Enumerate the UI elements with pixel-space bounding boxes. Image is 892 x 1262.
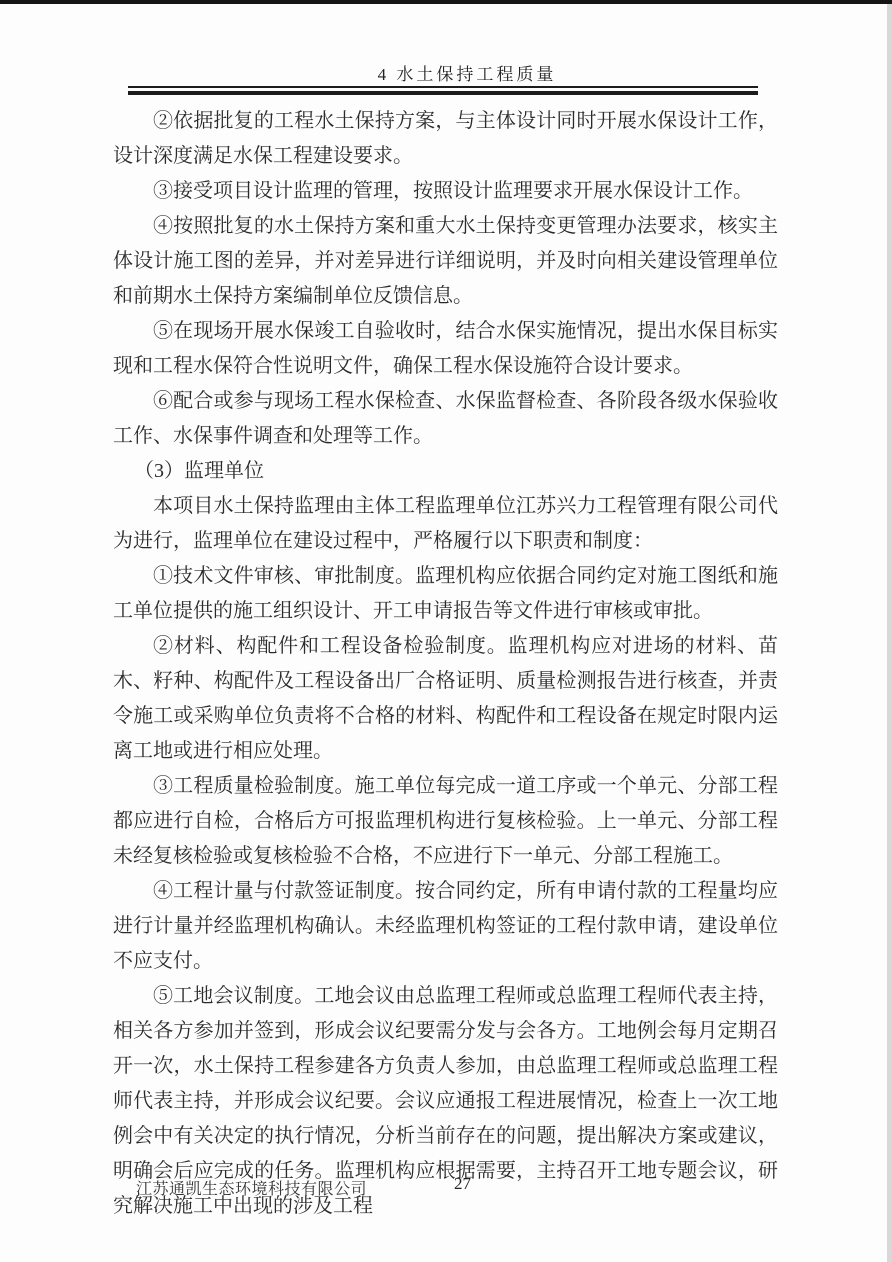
paragraph: 本项目水土保持监理由主体工程监理单位江苏兴力工程管理有限公司代为进行，监理单位在…: [113, 489, 778, 559]
paragraph: ③接受项目设计监理的管理，按照设计监理要求开展水保设计工作。: [113, 174, 778, 209]
page-right-edge: [887, 4, 892, 1262]
paragraph: ④工程计量与付款签证制度。按合同约定，所有申请付款的工程量均应进行计量并经监理机…: [113, 874, 778, 979]
paragraph: ①技术文件审核、审批制度。监理机构应依据合同约定对施工图纸和施工单位提供的施工组…: [113, 559, 778, 629]
paragraph: ④按照批复的水土保持方案和重大水土保持变更管理办法要求，核实主体设计施工图的差异…: [113, 209, 778, 314]
footer-page-number: 27: [454, 1174, 471, 1194]
footer-company-name: 江苏通凯生态环境科技有限公司: [136, 1176, 367, 1199]
paragraph: ⑤在现场开展水保竣工自验收时，结合水保实施情况，提出水保目标实现和工程水保符合性…: [113, 314, 778, 384]
header-double-rule: [128, 86, 758, 95]
page-top-edge: [0, 0, 892, 4]
paragraph: ②依据批复的工程水土保持方案，与主体设计同时开展水保设计工作，设计深度满足水保工…: [113, 104, 778, 174]
page-header-title: 4 水土保持工程质量: [152, 60, 782, 85]
document-page: 4 水土保持工程质量 ②依据批复的工程水土保持方案，与主体设计同时开展水保设计工…: [0, 0, 892, 1262]
paragraph: ③工程质量检验制度。施工单位每完成一道工序或一个单元、分部工程都应进行自检，合格…: [113, 769, 778, 874]
paragraph: ⑥配合或参与现场工程水保检查、水保监督检查、各阶段各级水保验收工作、水保事件调查…: [113, 384, 778, 454]
paragraph: ②材料、构配件和工程设备检验制度。监理机构应对进场的材料、苗木、籽种、构配件及工…: [113, 629, 778, 769]
document-body: ②依据批复的工程水土保持方案，与主体设计同时开展水保设计工作，设计深度满足水保工…: [113, 104, 778, 1224]
section-heading: （3）监理单位: [113, 454, 778, 489]
